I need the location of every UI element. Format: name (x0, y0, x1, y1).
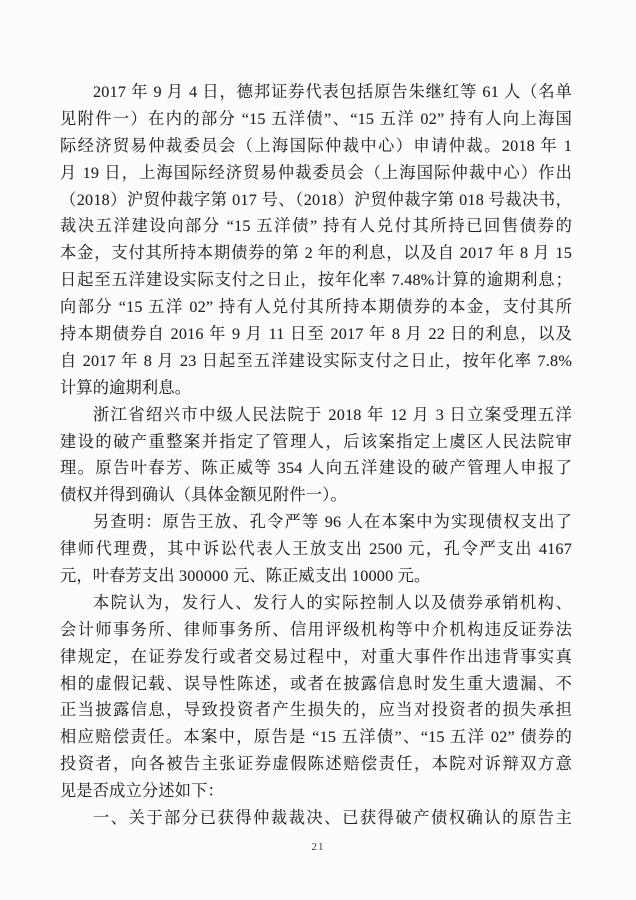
text-line: 2017 年 9 月 4 日，德邦证券代表包括原告朱继红等 61 人（名单 (60, 79, 572, 106)
text-line: 建设的破产重整案并指定了管理人，后该案指定上虞区人民法院审 (60, 429, 572, 456)
text-line: 债权并得到确认（具体金额见附件一）。 (60, 482, 572, 509)
text-line: （2018）沪贸仲裁字第 017 号、（2018）沪贸仲裁字第 018 号裁决书… (60, 187, 572, 214)
text-line: 际经济贸易仲裁委员会（上海国际仲裁中心）申请仲裁。2018 年 1 (60, 133, 572, 160)
text-line: 月 19 日，上海国际经济贸易仲裁委员会（上海国际仲裁中心）作出 (60, 160, 572, 187)
text-line: 一、关于部分已获得仲裁裁决、已获得破产债权确认的原告主 (60, 805, 572, 832)
text-line: 日起至五洋建设实际支付之日止，按年化率 7.48%计算的逾期利息； (60, 267, 572, 294)
text-line: 裁决五洋建设向部分 “15 五洋债” 持有人兑付其所持已回售债券的 (60, 213, 572, 240)
paragraph: 本院认为，发行人、发行人的实际控制人以及债券承销机构、会计师事务所、律师事务所、… (60, 590, 572, 805)
text-line: 相的虚假记载、误导性陈述，或者在披露信息时发生重大遗漏、不 (60, 671, 572, 698)
document-body: 2017 年 9 月 4 日，德邦证券代表包括原告朱继红等 61 人（名单见附件… (60, 79, 572, 832)
text-line: 投资者，向各被告主张证券虚假陈述赔偿责任，本院对诉辩双方意 (60, 751, 572, 778)
text-line: 律师代理费，其中诉讼代表人王放支出 2500 元，孔令严支出 4167 (60, 536, 572, 563)
text-line: 见是否成立分述如下： (60, 778, 572, 805)
text-line: 元，叶春芳支出 300000 元、陈正威支出 10000 元。 (60, 563, 572, 590)
text-line: 计算的逾期利息。 (60, 375, 572, 402)
text-line: 相应赔偿责任。本案中，原告是 “15 五洋债”、“15 五洋 02” 债券的 (60, 724, 572, 751)
text-line: 正当披露信息，导致投资者产生损失的，应当对投资者的损失承担 (60, 697, 572, 724)
paragraph: 一、关于部分已获得仲裁裁决、已获得破产债权确认的原告主 (60, 805, 572, 832)
text-line: 会计师事务所、律师事务所、信用评级机构等中介机构违反证券法 (60, 617, 572, 644)
text-line: 自 2017 年 8 月 23 日起至五洋建设实际支付之日止，按年化率 7.8% (60, 348, 572, 375)
text-line: 另查明：原告王放、孔令严等 96 人在本案中为实现债权支出了 (60, 509, 572, 536)
text-line: 律规定，在证券发行或者交易过程中，对重大事件作出违背事实真 (60, 644, 572, 671)
text-line: 本金，支付其所持本期债券的第 2 年的利息，以及自 2017 年 8 月 15 (60, 240, 572, 267)
text-line: 理。原告叶春芳、陈正威等 354 人向五洋建设的破产管理人申报了 (60, 455, 572, 482)
paragraph: 2017 年 9 月 4 日，德邦证券代表包括原告朱继红等 61 人（名单见附件… (60, 79, 572, 402)
paragraph: 浙江省绍兴市中级人民法院于 2018 年 12 月 3 日立案受理五洋建设的破产… (60, 402, 572, 510)
text-line: 持本期债券自 2016 年 9 月 11 日至 2017 年 8 月 22 日的… (60, 321, 572, 348)
text-line: 浙江省绍兴市中级人民法院于 2018 年 12 月 3 日立案受理五洋 (60, 402, 572, 429)
text-line: 本院认为，发行人、发行人的实际控制人以及债券承销机构、 (60, 590, 572, 617)
page-number: 21 (0, 841, 636, 853)
paragraph: 另查明：原告王放、孔令严等 96 人在本案中为实现债权支出了律师代理费，其中诉讼… (60, 509, 572, 590)
document-page: 2017 年 9 月 4 日，德邦证券代表包括原告朱继红等 61 人（名单见附件… (0, 0, 636, 900)
text-line: 见附件一）在内的部分 “15 五洋债”、“15 五洋 02” 持有人向上海国 (60, 106, 572, 133)
text-line: 向部分 “15 五洋 02” 持有人兑付其所持本期债券的本金，支付其所 (60, 294, 572, 321)
